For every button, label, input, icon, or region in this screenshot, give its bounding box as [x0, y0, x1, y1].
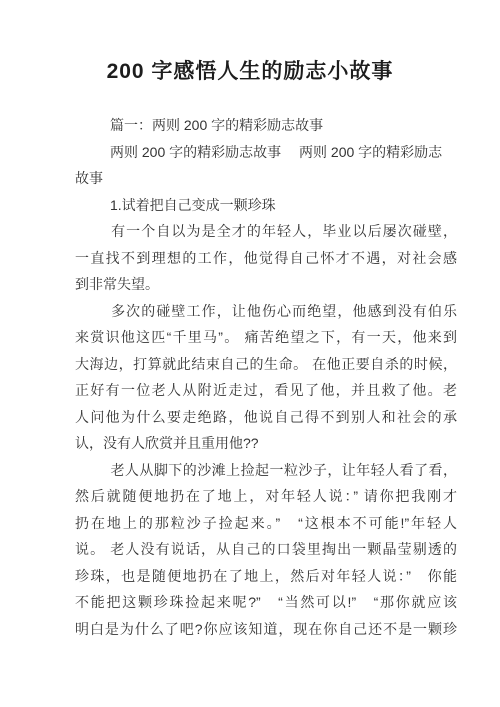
- text-line: 扔在地上的那粒沙子捡起来。” “这根本不可能!”年轻人: [75, 510, 457, 537]
- text-line: 到非常失望。: [75, 271, 457, 298]
- text-line: 人问他为什么要走绝路，他说自己得不到别人和社会的承: [75, 404, 457, 431]
- text-line: 老人从脚下的沙滩上捡起一粒沙子，让年轻人看了看，: [75, 457, 457, 484]
- text-line: 明白是为什么了吧?你应该知道，现在你自己还不是一颗珍: [75, 616, 457, 643]
- text-line: 篇一：两则 200 字的精彩励志故事: [75, 112, 457, 139]
- page-title: 200 字感悟人生的励志小故事: [0, 0, 500, 87]
- body-text: 篇一：两则 200 字的精彩励志故事 两则 200 字的精彩励志故事 两则 20…: [75, 112, 457, 642]
- text-line: 然后就随便地扔在了地上，对年轻人说：” 请你把我刚才: [75, 483, 457, 510]
- text-line: 两则 200 字的精彩励志故事 两则 200 字的精彩励志: [75, 139, 457, 166]
- text-line: 来赏识他这匹“千里马”。 痛苦绝望之下，有一天，他来到: [75, 324, 457, 351]
- text-line: 认，没有人欣赏并且重用他??: [75, 430, 457, 457]
- text-line: 正好有一位老人从附近走过，看见了他，并且救了他。老: [75, 377, 457, 404]
- text-line: 珍珠，也是随便地扔在了地上，然后对年轻人说：” 你能: [75, 563, 457, 590]
- document-page: 200 字感悟人生的励志小故事 篇一：两则 200 字的精彩励志故事 两则 20…: [0, 0, 500, 707]
- text-line: 多次的碰壁工作，让他伤心而绝望，他感到没有伯乐: [75, 298, 457, 325]
- text-line: 1.试着把自己变成一颗珍珠: [75, 192, 457, 219]
- text-line: 有一个自以为是全才的年轻人，毕业以后屡次碰壁，: [75, 218, 457, 245]
- text-line: 故事: [75, 165, 457, 192]
- text-line: 一直找不到理想的工作，他觉得自己怀才不遇，对社会感: [75, 245, 457, 272]
- text-line: 大海边，打算就此结束自己的生命。 在他正要自杀的时候，: [75, 351, 457, 378]
- text-line: 不能把这颗珍珠捡起来呢?” “当然可以!” “那你就应该: [75, 589, 457, 616]
- text-line: 说。 老人没有说话，从自己的口袋里掏出一颗晶莹剔透的: [75, 536, 457, 563]
